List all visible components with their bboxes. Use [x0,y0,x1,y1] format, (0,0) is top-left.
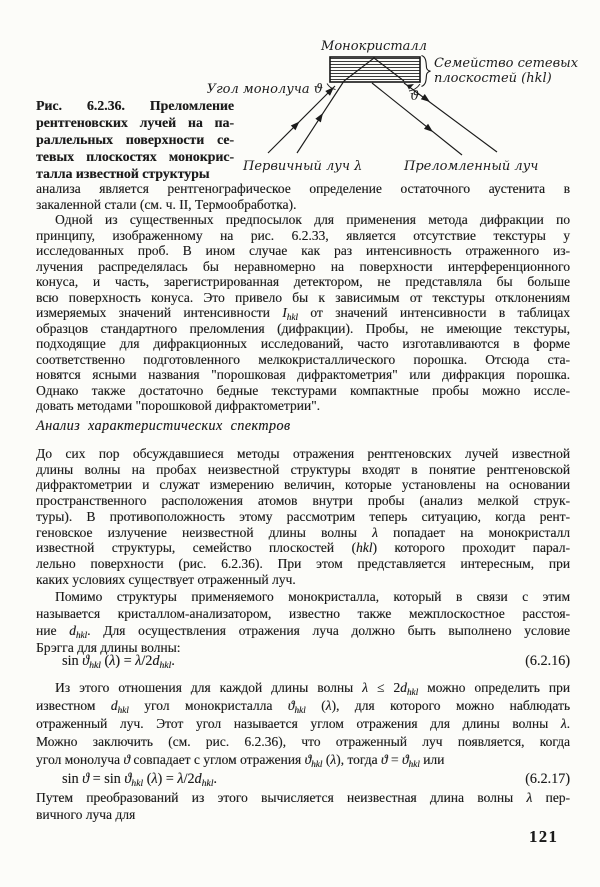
text-line: конуса, и часть, зарегистрированная дете… [36,274,570,290]
equation-formula: sin ϑ = sin ϑhkl (λ) = λ/2dhkl. [36,771,217,788]
page-number: 121 [529,827,558,847]
figure-label-planes-1: Семейство сетевых [434,56,579,71]
figure-label-mono-angle: Угол монолуча ϑ [207,82,323,97]
text-line: подходящие для дифракционных исследовани… [36,336,570,352]
figure-caption: Рис. 6.2.36. Преломлениерентгеновских лу… [36,97,234,182]
text-line: всю поверхность конуса. Это привело бы к… [36,290,570,306]
figure-label-refracted-ray: Преломленный луч [403,159,538,174]
text-line: До сих пор обсуждавшиеся методы отражени… [36,446,570,462]
text-line: Однако также достаточно бедные текстурам… [36,383,570,399]
text-line: исследованных проб. В ином случае как ра… [36,243,570,259]
paragraph-2: Одной из существенных предпосылок для пр… [36,212,570,414]
text-line: лельно поверхности (рис. 6.2.36). При эт… [36,556,570,572]
text-line: принципу, изображенному на рис. 6.2.33, … [36,228,570,244]
text-line: дифрактометрии и служат измерению величи… [36,477,570,493]
figure-label-planes-2: плоскостей (hkl) [434,71,552,86]
equation-6-2-17: sin ϑ = sin ϑhkl (λ) = λ/2dhkl. (6.2.17) [36,771,570,788]
text-line: измеряемых значений интенсивности Ihkl о… [36,305,570,321]
figure-label-monocrystal: Монокристалл [320,39,427,54]
text-line: Из этого отношения для каждой длины волн… [36,679,570,697]
text-line: известной структуры, семейство плоскосте… [36,540,570,556]
text-line: раллельных поверхности се- [36,131,234,148]
text-line: длины волны на пробах неизвестной структ… [36,462,570,478]
text-line: известном dhkl угол монокристалла ϑhkl (… [36,697,570,715]
text-line: Путем преобразований из этого вычисляетс… [36,790,570,807]
equation-6-2-16: sin ϑhkl (λ) = λ/2dhkl. (6.2.16) [36,653,570,670]
text-line: образцов стандартного преломления (дифра… [36,321,570,337]
text-line: анализа является рентгенографическое опр… [36,181,570,197]
text-line: лучения распределялась бы неравномерно н… [36,259,570,275]
text-line: Помимо структуры применяемого монокриста… [36,588,570,605]
text-line: называется кристаллом-анализатором, изве… [36,605,570,622]
brace-icon [422,56,431,87]
paragraph-3: До сих пор обсуждавшиеся методы отражени… [36,446,570,587]
text-line: Одной из существенных предпосылок для пр… [36,212,570,228]
paragraph-5: Из этого отношения для каждой длины волн… [36,679,570,769]
text-line: Рис. 6.2.36. Преломление [36,97,234,114]
text-line: рентгеновских лучей на па- [36,114,234,131]
text-line: туры). В противоположность этому рассмот… [36,509,570,525]
text-line: Можно заключить (см. рис. 6.2.36), что о… [36,733,570,751]
text-line: закаленной стали (см. ч. II, Термообрабо… [36,197,570,213]
text-line: соответственно подготовленного мелкокрис… [36,352,570,368]
text-line: геновское излучение неизвестной длины во… [36,525,570,541]
crystal-rect [330,57,420,82]
text-line: каких условиях существует отраженный луч… [36,572,570,588]
equation-number: (6.2.16) [525,653,570,670]
text-line: талла известной структуры [36,165,234,182]
text-line: вичного луча для [36,807,570,824]
text-line: отраженный луч. Этот угол называется угл… [36,715,570,733]
text-line: ние dhkl. Для осуществления отражения лу… [36,622,570,639]
figure-label-theta: ϑ [410,89,419,104]
text-line: угол монолуча ϑ совпадает с углом отраже… [36,751,570,769]
book-page: Монокристалл Семейство сетевых плоскосте… [0,0,600,887]
paragraph-6: Путем преобразований из этого вычисляетс… [36,790,570,823]
text-line: тевых плоскостях монокрис- [36,148,234,165]
text-line: довать методами "порошковой дифрактометр… [36,398,570,414]
text-line: пространственного расположения атомов вн… [36,493,570,509]
section-heading: Анализ характеристических спектров [36,418,290,435]
text-line: новятся ясными названия "порошковая дифр… [36,367,570,383]
figure-label-primary-ray: Первичный луч λ [242,159,362,174]
equation-number: (6.2.17) [525,771,570,788]
paragraph-1: анализа является рентгенографическое опр… [36,181,570,212]
paragraph-4: Помимо структуры применяемого монокриста… [36,588,570,656]
equation-formula: sin ϑhkl (λ) = λ/2dhkl. [36,653,175,670]
